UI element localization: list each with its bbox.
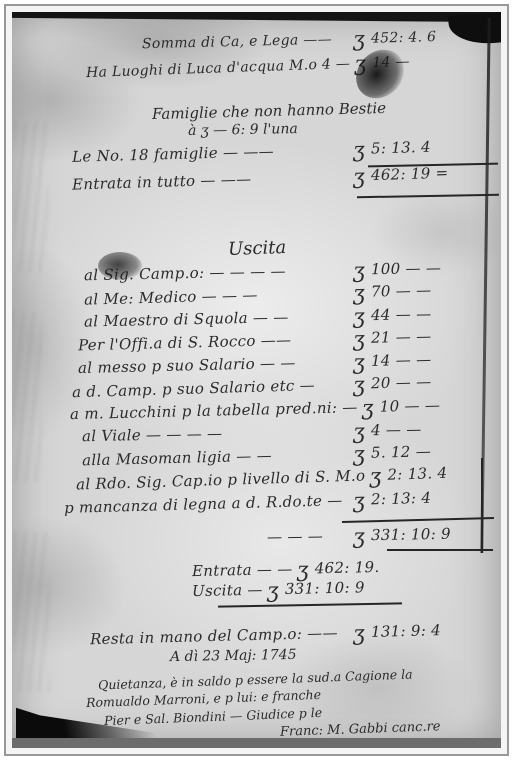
row-label: al Me: Medico — — — bbox=[84, 286, 258, 309]
scan-frame: Somma di Ca, e Lega —— ʒ 452: 4. 6 Ha Lu… bbox=[4, 4, 509, 756]
underline-rule bbox=[357, 194, 499, 198]
total-dashes: — — — bbox=[267, 527, 323, 546]
section-title: Uscita bbox=[228, 237, 287, 260]
ledger-row: Entrata in tutto — —— ʒ 462: 19 = bbox=[72, 162, 491, 193]
row-filler bbox=[296, 366, 349, 367]
row-amount: 2: 13. 4 bbox=[387, 462, 491, 483]
currency-symbol: ʒ bbox=[353, 265, 365, 275]
currency-symbol: ʒ bbox=[353, 334, 365, 344]
row-amount: 21 — — bbox=[371, 326, 491, 347]
row-label: al Maestro di Squola — — bbox=[84, 308, 289, 331]
section-subheading: à ʒ — 6: 9 l'una bbox=[188, 121, 298, 139]
currency-symbol: ʒ bbox=[267, 585, 279, 595]
summary-row: Uscita — ʒ 331: 10: 9 bbox=[192, 578, 381, 600]
row-amount: 14 — — bbox=[371, 349, 491, 370]
row-amount: 4 — — bbox=[371, 419, 491, 440]
currency-symbol: ʒ bbox=[353, 496, 365, 506]
row-label: a m. Lucchini p la tabella pred.ni: — bbox=[70, 398, 358, 423]
row-amount: 2: 13: 4 bbox=[371, 487, 491, 508]
ink-blot bbox=[98, 252, 142, 280]
row-filler bbox=[272, 458, 349, 460]
manuscript-scan: Somma di Ca, e Lega —— ʒ 452: 4. 6 Ha Lu… bbox=[12, 12, 501, 748]
date-line: A dì 23 Maj: 1745 bbox=[170, 647, 297, 665]
ledger-row: Ha Luoghi di Luca d'acqua M.o 4 — ʒ 14 — bbox=[86, 51, 491, 81]
total-amount: 331: 10: 9 bbox=[371, 524, 491, 544]
summary-rule bbox=[218, 602, 402, 607]
currency-symbol: ʒ bbox=[353, 145, 365, 155]
row-amount: 100 — — bbox=[371, 258, 491, 279]
row-label: al Viale — — — — bbox=[82, 424, 223, 445]
currency-symbol: ʒ bbox=[353, 288, 365, 298]
row-amount: 131: 9: 4 bbox=[371, 620, 491, 641]
row-filler bbox=[252, 181, 349, 184]
row-amount: 44 — — bbox=[371, 303, 491, 324]
currency-symbol: ʒ bbox=[353, 628, 365, 638]
row-label: p mancanza di legna a d. R.do.te — bbox=[64, 491, 343, 517]
row-amount: 462: 19. bbox=[315, 558, 382, 577]
row-amount: 10 — — bbox=[380, 395, 492, 416]
currency-symbol: ʒ bbox=[353, 449, 365, 459]
currency-symbol: ʒ bbox=[362, 403, 374, 413]
row-label: al Rdo. Sig. Cap.io p livello di S. M.o bbox=[76, 466, 366, 493]
row-filler bbox=[258, 297, 349, 300]
row-amount: 20 — — bbox=[371, 371, 491, 393]
row-filler bbox=[274, 154, 349, 156]
screenshot-stage: Somma di Ca, e Lega —— ʒ 452: 4. 6 Ha Lu… bbox=[0, 0, 513, 760]
row-filler bbox=[315, 389, 349, 390]
row-label: Resta in mano del Camp.o: —— bbox=[90, 624, 338, 648]
currency-symbol: ʒ bbox=[353, 171, 365, 181]
currency-symbol: ʒ bbox=[353, 311, 365, 321]
book-bottom-edge-shadow bbox=[12, 738, 501, 748]
row-label: Ha Luoghi di Luca d'acqua M.o 4 — bbox=[86, 56, 351, 81]
row-amount: 5: 13. 4 bbox=[371, 136, 491, 157]
row-amount: 331: 10: 9 bbox=[285, 578, 382, 598]
currency-symbol: ʒ bbox=[296, 564, 308, 574]
row-filler bbox=[291, 343, 349, 345]
row-amount: 5. 12 — bbox=[371, 441, 491, 462]
currency-symbol: ʒ bbox=[353, 34, 365, 44]
bleedthrough-smudge bbox=[14, 122, 48, 272]
row-label: Entrata — — bbox=[192, 560, 293, 580]
row-label: Entrata in tutto — —— bbox=[72, 170, 252, 194]
row-filler bbox=[286, 275, 349, 276]
row-filler bbox=[289, 321, 349, 322]
row-filler bbox=[222, 436, 348, 439]
row-amount: 70 — — bbox=[371, 279, 491, 300]
currency-symbol: ʒ bbox=[353, 380, 365, 390]
book-top-edge-shadow bbox=[12, 12, 501, 22]
section-heading: Famiglie che non hanno Bestie bbox=[152, 99, 386, 123]
total-bottom-rule bbox=[387, 549, 493, 551]
row-label: Le No. 18 famiglie — —— bbox=[72, 142, 274, 166]
currency-symbol: ʒ bbox=[369, 471, 381, 481]
ledger-row: Somma di Ca, e Lega —— ʒ 452: 4. 6 bbox=[142, 28, 491, 53]
row-label: alla Masoman ligia — — bbox=[82, 446, 272, 469]
row-amount: 462: 19 = bbox=[371, 162, 492, 184]
row-label: al messo p suo Salario — — bbox=[78, 354, 296, 377]
row-label: Per l'Offi.a di S. Rocco —— bbox=[78, 331, 292, 355]
row-label: Somma di Ca, e Lega —— bbox=[142, 32, 332, 53]
bleedthrough-smudge bbox=[12, 312, 42, 482]
row-label: Uscita — bbox=[192, 581, 263, 601]
ledger-row: Le No. 18 famiglie — —— ʒ 5: 13. 4 bbox=[72, 136, 491, 166]
signature: Franc: M. Gabbi canc.re bbox=[280, 719, 441, 740]
resta-row: Resta in mano del Camp.o: —— ʒ 131: 9: 4 bbox=[90, 620, 491, 648]
currency-symbol: ʒ bbox=[353, 357, 365, 367]
total-top-rule bbox=[342, 517, 494, 523]
total-row: — — — ʒ 331: 10: 9 bbox=[267, 524, 491, 546]
row-label: a d. Camp. p suo Salario etc — bbox=[72, 376, 315, 401]
summary-row: Entrata — — ʒ 462: 19. bbox=[192, 558, 381, 580]
total-box-vertical-rule bbox=[481, 458, 483, 553]
currency-symbol: ʒ bbox=[353, 426, 365, 436]
currency-symbol: ʒ bbox=[353, 531, 365, 541]
row-amount: 452: 4. 6 bbox=[371, 28, 491, 47]
bleedthrough-smudge bbox=[14, 532, 50, 692]
